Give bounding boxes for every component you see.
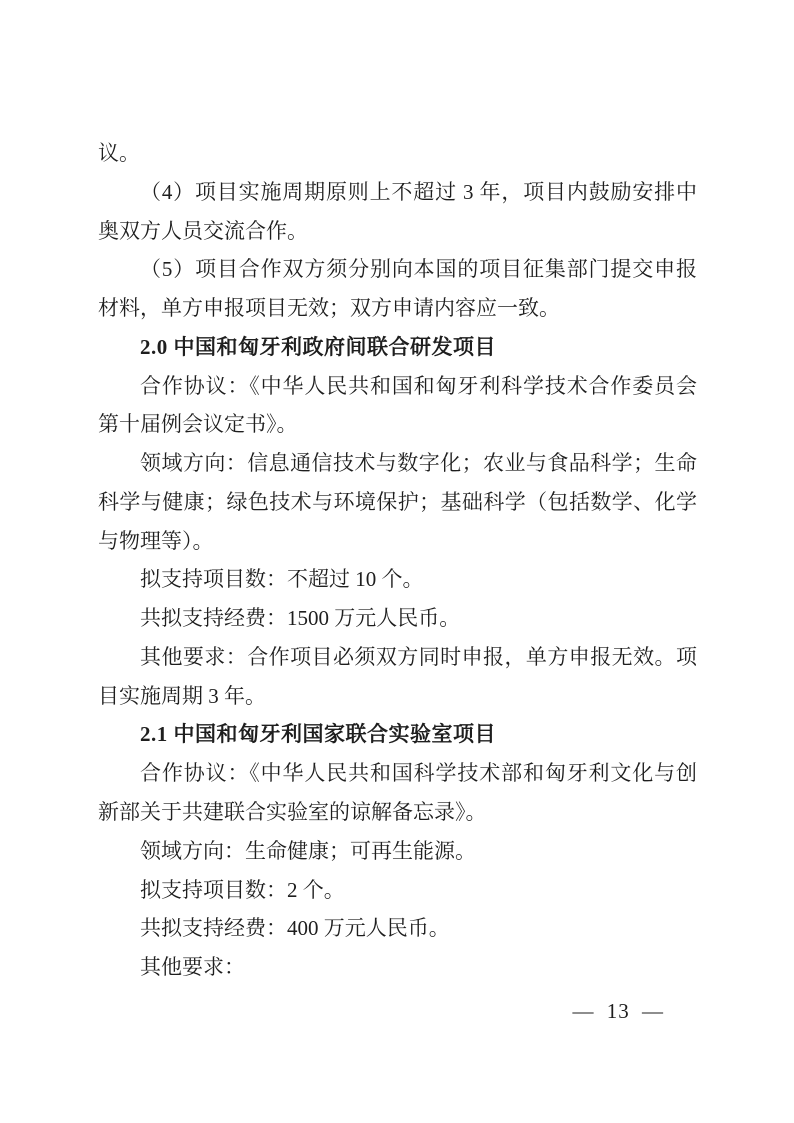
sec20-agreement-line-2: 第十届例会议定书》。	[98, 405, 697, 444]
sec21-agreement-line-1: 合作协议：《中华人民共和国科学技术部和匈牙利文化与创	[98, 754, 697, 793]
sec21-budget: 共拟支持经费：400 万元人民币。	[98, 909, 697, 948]
section-heading-2-0: 2.0 中国和匈牙利政府间联合研发项目	[98, 328, 697, 367]
section-heading-2-1: 2.1 中国和匈牙利国家联合实验室项目	[98, 715, 697, 754]
sec21-project-count: 拟支持项目数：2 个。	[98, 871, 697, 910]
page-body: 议。 （4）项目实施周期原则上不超过 3 年，项目内鼓励安排中 奥双方人员交流合…	[98, 134, 697, 987]
sec21-agreement-line-2: 新部关于共建联合实验室的谅解备忘录》。	[98, 793, 697, 832]
sec21-fields: 领域方向：生命健康；可再生能源。	[98, 832, 697, 871]
carryover-paragraph-end: 议。	[98, 134, 697, 173]
sec20-fields-line-2: 科学与健康；绿色技术与环境保护；基础科学（包括数学、化学	[98, 483, 697, 522]
sec20-fields-line-1: 领域方向：信息通信技术与数字化；农业与食品科学；生命	[98, 444, 697, 483]
item-5-line-2: 材料，单方申报项目无效；双方申请内容应一致。	[98, 289, 697, 328]
sec20-budget: 共拟支持经费：1500 万元人民币。	[98, 599, 697, 638]
sec20-project-count: 拟支持项目数：不超过 10 个。	[98, 560, 697, 599]
sec20-fields-line-3: 与物理等）。	[98, 522, 697, 561]
document-page: 议。 （4）项目实施周期原则上不超过 3 年，项目内鼓励安排中 奥双方人员交流合…	[0, 0, 794, 1123]
sec21-other-req: 其他要求：	[98, 948, 697, 987]
sec20-other-req-line-2: 目实施周期 3 年。	[98, 677, 697, 716]
sec20-agreement-line-1: 合作协议：《中华人民共和国和匈牙利科学技术合作委员会	[98, 367, 697, 406]
page-number: — 13 —	[573, 996, 665, 1026]
sec20-other-req-line-1: 其他要求：合作项目必须双方同时申报，单方申报无效。项	[98, 638, 697, 677]
item-5-line-1: （5）项目合作双方须分别向本国的项目征集部门提交申报	[98, 250, 697, 289]
item-4-line-2: 奥双方人员交流合作。	[98, 212, 697, 251]
item-4-line-1: （4）项目实施周期原则上不超过 3 年，项目内鼓励安排中	[98, 173, 697, 212]
